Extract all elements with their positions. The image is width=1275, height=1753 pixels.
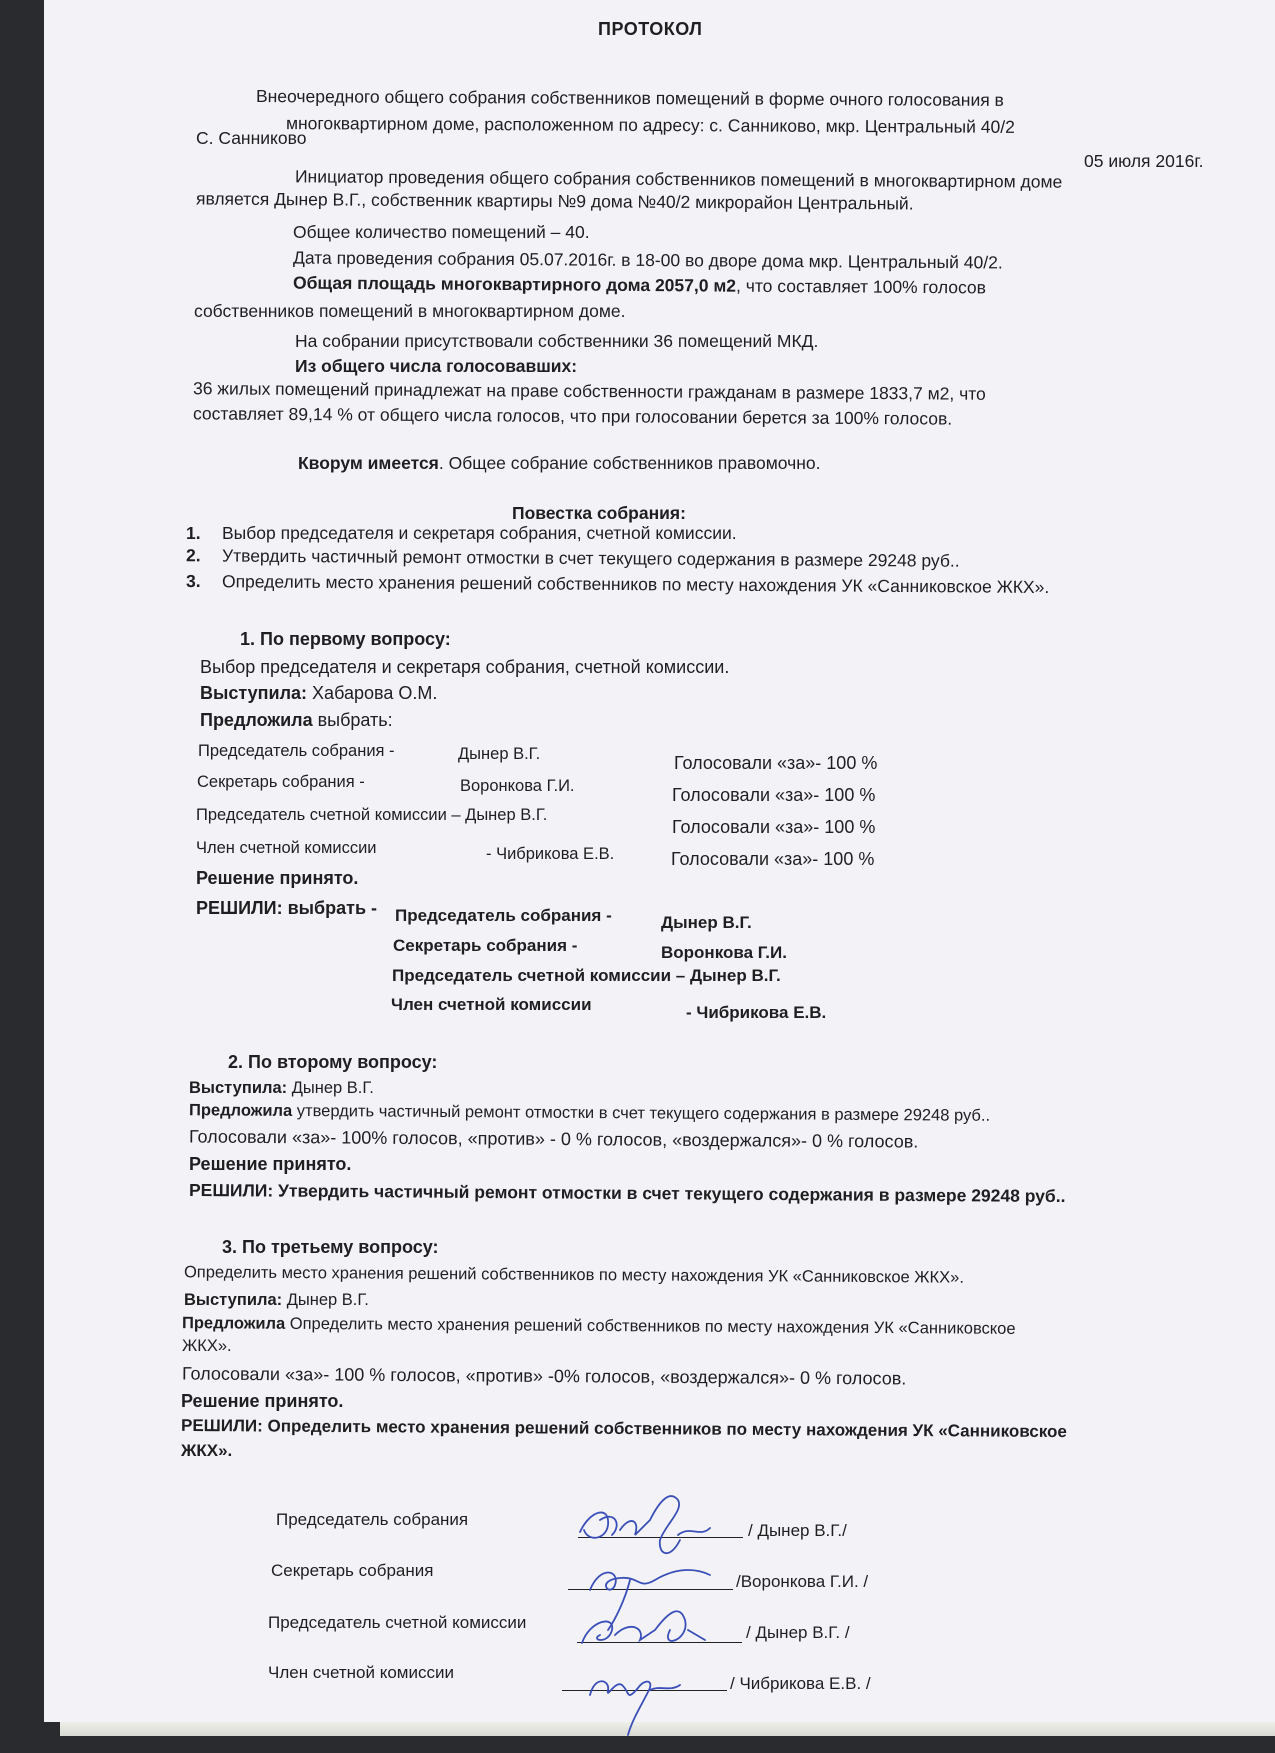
question-3-proposed-line-2: ЖКХ». (182, 1335, 232, 1357)
question-3-speaker: Выступила: Дынер В.Г. (184, 1289, 369, 1311)
question-1-speaker: Выступила: Хабарова О.М. (200, 682, 437, 704)
question-1-proposed: Предложила выбрать: (200, 709, 393, 731)
question-3-heading: 3. По третьему вопросу: (222, 1236, 439, 1258)
resolved-row-name: - Чибрикова Е.В. (686, 1002, 826, 1024)
question-3-resolved-line-2: ЖКХ». (181, 1440, 232, 1462)
agenda-item-1: 1.Выбор председателя и секретаря собрани… (186, 522, 737, 544)
subtitle-line-1: Внеочередного общего собрания собственни… (256, 85, 1004, 111)
agenda-heading: Повестка собрания: (512, 502, 686, 524)
quorum: Кворум имеется. Общее собрание собственн… (298, 452, 820, 474)
question-1-decision: Решение принято. (196, 867, 358, 889)
document-date: 05 июля 2016г. (1084, 150, 1203, 172)
total-area-line-2: собственников помещений в многоквартирно… (194, 300, 625, 322)
document-title: ПРОТОКОЛ (598, 18, 702, 40)
agenda-item-text: Выбор председателя и секретаря собрания,… (222, 523, 737, 543)
signature-name-counting-chair: / Дынер В.Г. / (746, 1622, 850, 1644)
vote-row-name: Дынер В.Г. (458, 743, 540, 765)
subtitle-line-2: многоквартирном доме, расположенном по а… (286, 112, 1015, 138)
resolved-row-role: Член счетной комиссии (391, 994, 592, 1016)
proposed-rest: Определить место хранения решений собств… (285, 1315, 1015, 1338)
place: С. Санниково (196, 127, 306, 149)
question-2-speaker: Выступила: Дынер В.Г. (189, 1077, 374, 1099)
agenda-item-number: 2. (186, 544, 222, 566)
scan-edge (60, 1722, 1275, 1736)
vote-row-result: Голосовали «за»- 100 % (674, 752, 877, 774)
question-2-heading: 2. По второму вопросу: (228, 1051, 437, 1073)
agenda-item-number: 3. (186, 570, 222, 592)
vote-row-name: - Чибрикова Е.В. (486, 843, 614, 865)
quorum-rest: . Общее собрание собственников правомочн… (439, 453, 821, 473)
vote-row-role: Член счетной комиссии (196, 837, 377, 859)
proposed-label: Предложила (182, 1314, 285, 1333)
signature-role-secretary: Секретарь собрания (271, 1560, 433, 1582)
question-3-decision: Решение принято. (181, 1390, 343, 1412)
resolved-row-role: Секретарь собрания - (393, 935, 577, 957)
vote-row-result: Голосовали «за»- 100 % (672, 816, 875, 838)
vote-row-role: Председатель счетной комиссии – Дынер В.… (196, 804, 547, 826)
vote-row-name: Воронкова Г.И. (460, 775, 575, 797)
agenda-item-text: Утвердить частичный ремонт отмостки в сч… (222, 546, 960, 571)
proposed-rest: утвердить частичный ремонт отмостки в сч… (292, 1102, 990, 1125)
speaker-label: Выступила: (200, 683, 307, 703)
resolved-text: Определить место хранения решений собств… (263, 1416, 1067, 1441)
question-1-topic: Выбор председателя и секретаря собрания,… (200, 656, 729, 678)
resolved-text: Утвердить частичный ремонт отмостки в сч… (273, 1181, 1065, 1207)
total-area-value: Общая площадь многоквартирного дома 2057… (293, 273, 736, 296)
attended: На собрании присутствовали собственники … (295, 330, 818, 352)
signature-role-counting-chair: Председатель счетной комиссии (268, 1612, 526, 1634)
agenda-item-number: 1. (186, 522, 222, 544)
total-premises: Общее количество помещений – 40. (293, 221, 590, 243)
resolved-row-role: Председатель собрания - (395, 905, 612, 927)
resolved-row-name: Дынер В.Г. (661, 912, 752, 934)
proposed-label: Предложила (200, 710, 313, 730)
proposed-rest: выбрать: (313, 710, 393, 730)
total-area-rest: , что составляет 100% голосов (736, 276, 986, 298)
quorum-bold: Кворум имеется (298, 453, 439, 473)
vote-row-result: Голосовали «за»- 100 % (672, 784, 875, 806)
resolved-row-role: Председатель счетной комиссии – Дынер В.… (392, 965, 781, 987)
vote-row-result: Голосовали «за»- 100 % (671, 848, 874, 870)
vote-row-role: Секретарь собрания - (197, 771, 365, 793)
question-1-resolved-label: РЕШИЛИ: выбрать - (196, 897, 377, 919)
question-1-heading: 1. По первому вопросу: (240, 628, 451, 650)
resolved-label: РЕШИЛИ: (189, 1180, 273, 1201)
vote-row-role: Председатель собрания - (198, 740, 395, 762)
resolved-label: РЕШИЛИ: (181, 1416, 263, 1436)
handwritten-signature-icon (560, 1480, 760, 1710)
resolved-row-name: Воронкова Г.И. (661, 942, 787, 964)
speaker-name: Дынер В.Г. (287, 1079, 374, 1097)
speaker-label: Выступила: (189, 1079, 287, 1097)
signature-role-chairman: Председатель собрания (276, 1509, 468, 1531)
question-2-decision: Решение принято. (189, 1153, 351, 1175)
proposed-label: Предложила (189, 1101, 292, 1120)
speaker-name: Хабарова О.М. (307, 683, 437, 703)
signature-role-counting-member: Член счетной комиссии (268, 1662, 454, 1684)
speaker-name: Дынер В.Г. (282, 1291, 369, 1309)
signature-name-chairman: / Дынер В.Г./ (748, 1520, 847, 1542)
speaker-label: Выступила: (184, 1291, 282, 1309)
of-voters-heading: Из общего числа голосовавших: (295, 355, 577, 377)
